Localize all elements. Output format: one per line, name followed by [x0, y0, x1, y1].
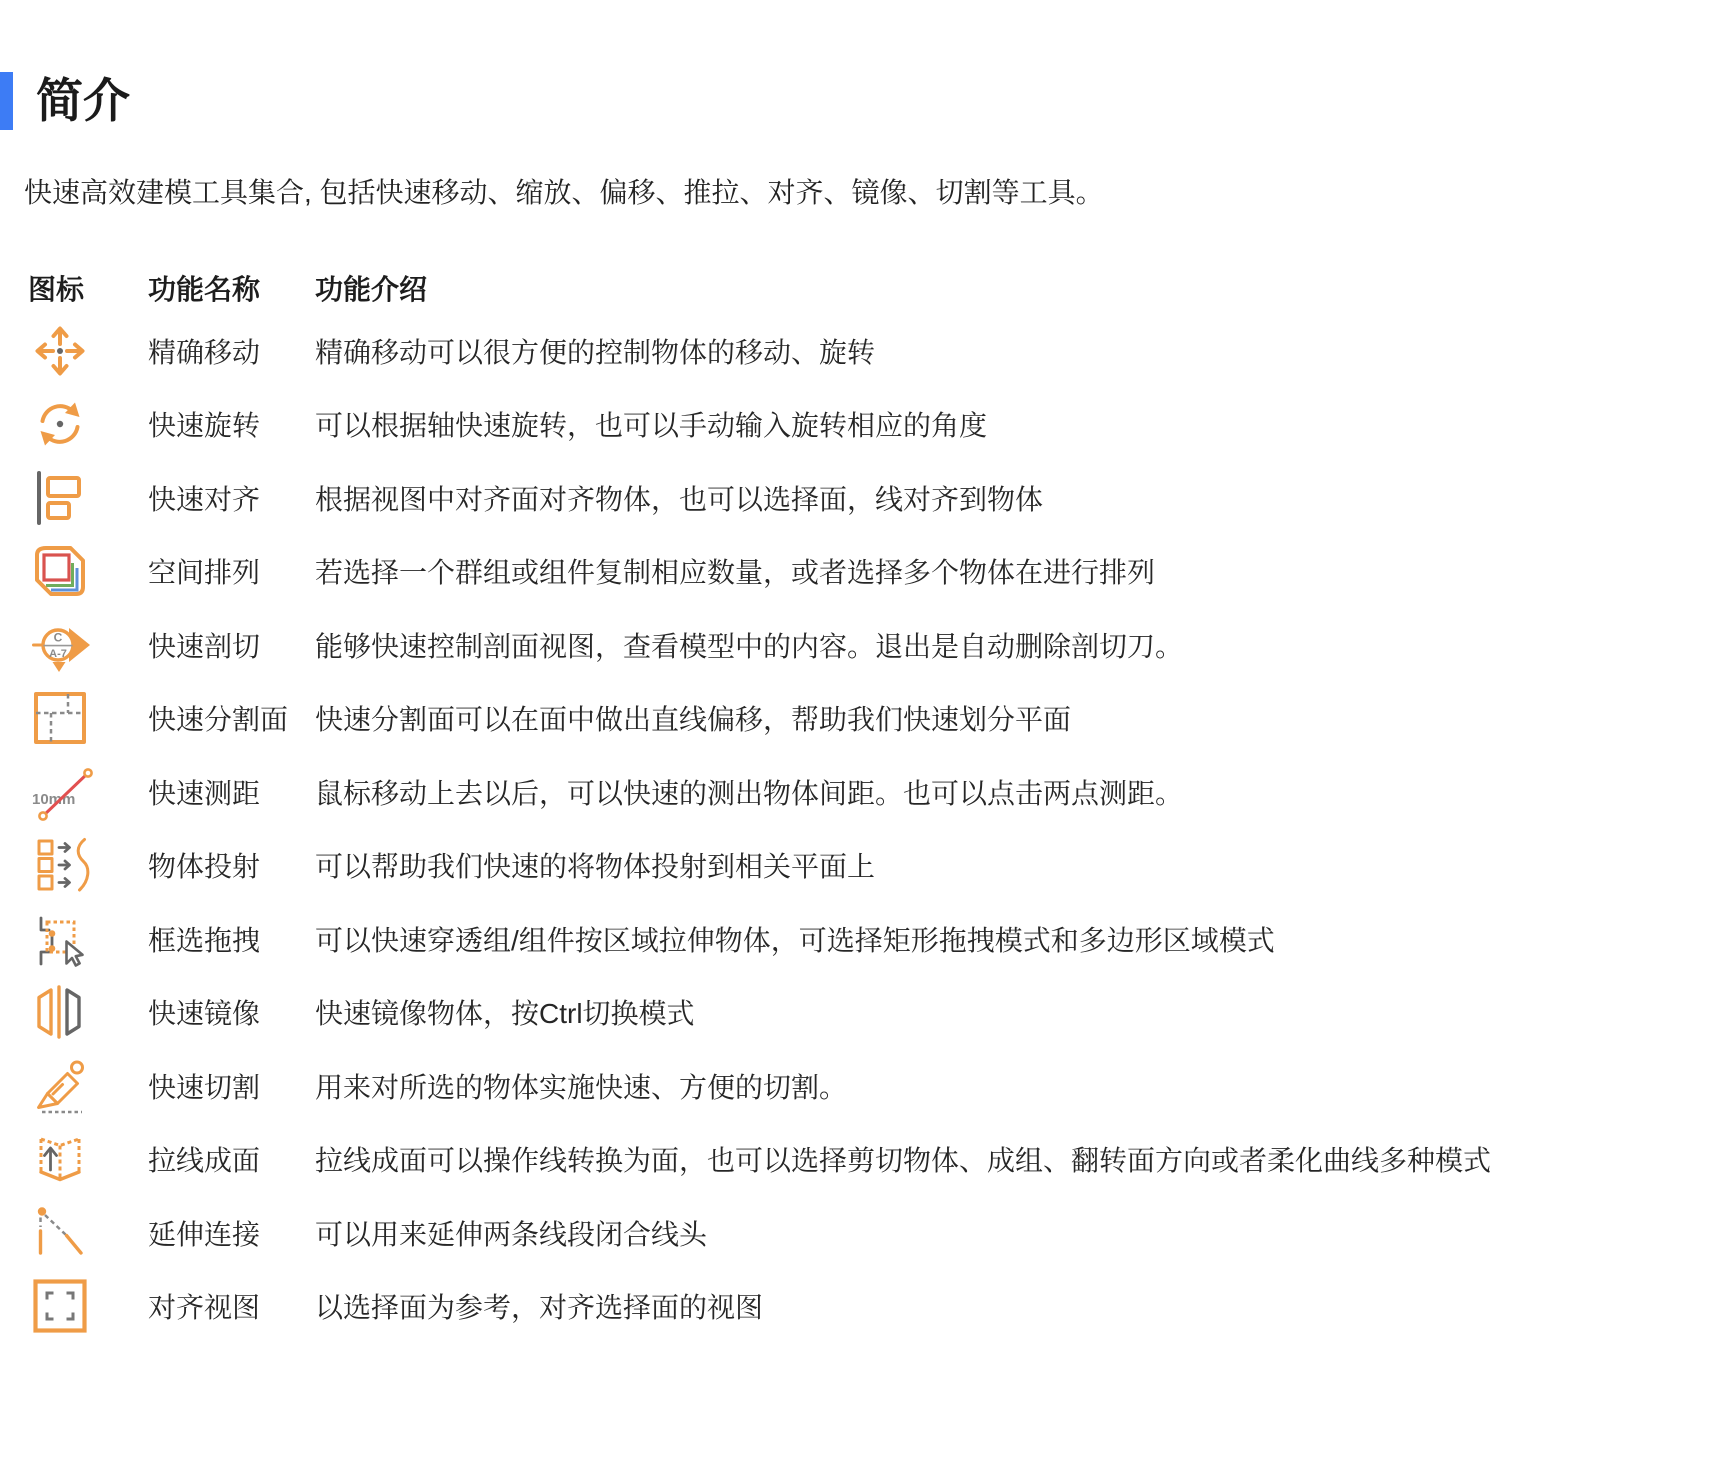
- tool-name: 快速切割: [148, 1049, 315, 1123]
- box-select-drag-icon: [32, 910, 90, 968]
- extend-connect-icon: [32, 1205, 86, 1261]
- col-header-icon: 图标: [28, 262, 148, 314]
- tool-icon-cell: 10mm: [28, 755, 148, 829]
- tool-name: 快速剖切: [148, 608, 315, 682]
- tool-icon-cell: [28, 1270, 148, 1344]
- project-icon: [32, 836, 90, 894]
- tool-desc: 拉线成面可以操作线转换为面，也可以选择剪切物体、成组、翻转面方向或者柔化曲线多种…: [315, 1123, 1709, 1197]
- align-view-icon: [32, 1278, 88, 1334]
- tool-icon-cell: C A-7: [28, 608, 148, 682]
- tool-name: 快速分割面: [148, 682, 315, 756]
- tool-desc: 可以快速穿透组/组件按区域拉伸物体，可选择矩形拖拽模式和多边形区域模式: [315, 902, 1709, 976]
- col-header-name: 功能名称: [148, 262, 315, 314]
- section-header: 简介: [0, 70, 1709, 132]
- pull-line-to-face-icon: [32, 1130, 88, 1188]
- tool-name: 拉线成面: [148, 1123, 315, 1197]
- tool-name: 延伸连接: [148, 1196, 315, 1270]
- knife-icon: [32, 1057, 90, 1115]
- measure-icon: 10mm: [32, 763, 98, 821]
- tool-desc: 根据视图中对齐面对齐物体，也可以选择面，线对齐到物体: [315, 461, 1709, 535]
- section-label-top: C: [54, 630, 63, 644]
- tool-desc: 用来对所选的物体实施快速、方便的切割。: [315, 1049, 1709, 1123]
- tool-icon-cell: [28, 314, 148, 388]
- section-cut-icon: C A-7: [32, 617, 92, 673]
- divide-face-icon: [32, 690, 88, 746]
- tool-icon-cell: [28, 976, 148, 1050]
- tool-desc: 精确移动可以很方便的控制物体的移动、旋转: [315, 314, 1709, 388]
- tool-desc: 鼠标移动上去以后，可以快速的测出物体间距。也可以点击两点测距。: [315, 755, 1709, 829]
- title-accent-bar: [0, 72, 13, 130]
- tool-name: 快速旋转: [148, 388, 315, 462]
- tool-name: 快速镜像: [148, 976, 315, 1050]
- tool-icon-cell: [28, 682, 148, 756]
- tool-desc: 以选择面为参考，对齐选择面的视图: [315, 1270, 1709, 1344]
- tool-icon-cell: [28, 829, 148, 903]
- tool-icon-cell: [28, 1123, 148, 1197]
- tool-desc: 快速分割面可以在面中做出直线偏移，帮助我们快速划分平面: [315, 682, 1709, 756]
- tool-desc: 能够快速控制剖面视图，查看模型中的内容。退出是自动删除剖切刀。: [315, 608, 1709, 682]
- tool-name: 空间排列: [148, 535, 315, 609]
- tool-icon-cell: [28, 461, 148, 535]
- arrange-icon: [32, 543, 88, 599]
- page-title: 简介: [36, 70, 1709, 132]
- tool-desc: 可以用来延伸两条线段闭合线头: [315, 1196, 1709, 1270]
- tool-name: 快速测距: [148, 755, 315, 829]
- intro-text: 快速高效建模工具集合, 包括快速移动、缩放、偏移、推拉、对齐、镜像、切割等工具。: [24, 174, 1709, 212]
- tool-desc: 快速镜像物体，按Ctrl切换模式: [315, 976, 1709, 1050]
- tool-name: 框选拖拽: [148, 902, 315, 976]
- align-icon: [32, 470, 88, 526]
- rotate-icon: [32, 396, 88, 452]
- tool-icon-cell: [28, 388, 148, 462]
- tool-name: 物体投射: [148, 829, 315, 903]
- tool-icon-cell: [28, 902, 148, 976]
- tool-icon-cell: [28, 1049, 148, 1123]
- move-icon: [32, 323, 88, 379]
- tool-icon-cell: [28, 1196, 148, 1270]
- tool-desc: 可以根据轴快速旋转，也可以手动输入旋转相应的角度: [315, 388, 1709, 462]
- tool-name: 快速对齐: [148, 461, 315, 535]
- tool-icon-cell: [28, 535, 148, 609]
- tool-desc: 若选择一个群组或组件复制相应数量，或者选择多个物体在进行排列: [315, 535, 1709, 609]
- mirror-icon: [32, 984, 88, 1040]
- section-label-bottom: A-7: [49, 648, 67, 660]
- tool-desc: 可以帮助我们快速的将物体投射到相关平面上: [315, 829, 1709, 903]
- tool-name: 精确移动: [148, 314, 315, 388]
- tool-name: 对齐视图: [148, 1270, 315, 1344]
- tools-table: 图标 功能名称 功能介绍 精确移动 精确移动可以很方便的控制物体的移动、旋转 快…: [28, 262, 1709, 1343]
- col-header-desc: 功能介绍: [315, 262, 1709, 314]
